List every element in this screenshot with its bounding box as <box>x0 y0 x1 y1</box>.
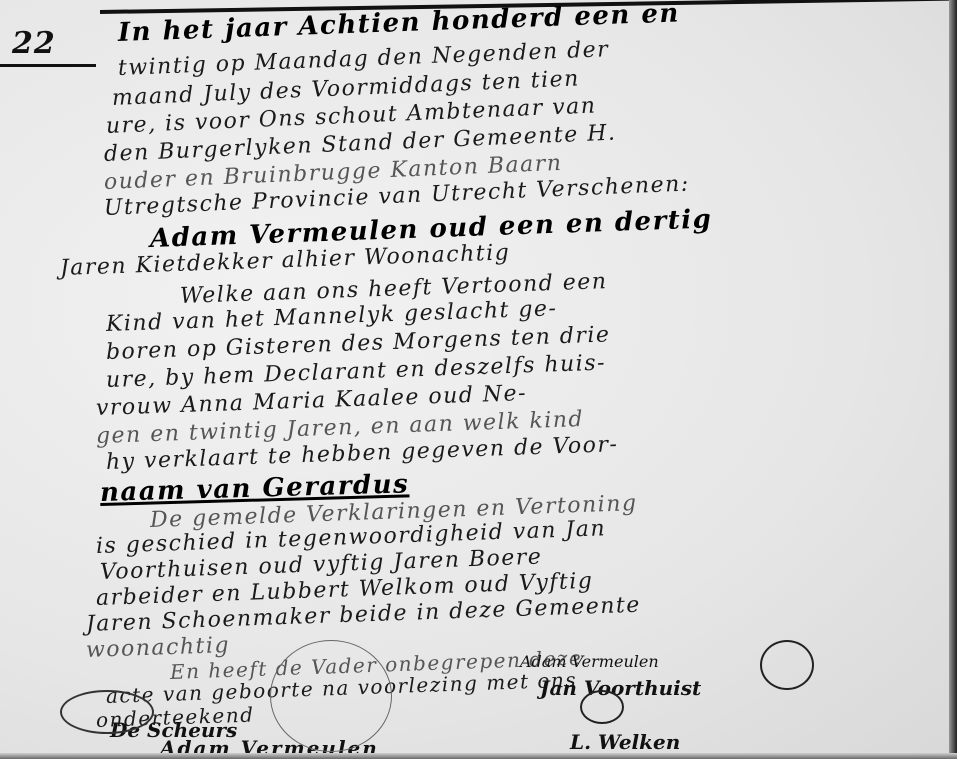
page-edge-right <box>949 0 957 759</box>
signature-witness: Jan Voorthuist <box>540 676 701 700</box>
signature-right-note: Adam Vermeulen <box>520 652 659 671</box>
signature-flourish-right <box>760 640 814 690</box>
record-number: 22 <box>12 26 56 61</box>
record-number-rule <box>0 64 96 67</box>
signature-right-bottom: L. Welken <box>570 730 680 754</box>
signature-flourish-loop <box>270 640 392 752</box>
signature-flourish-left <box>60 690 154 734</box>
register-page: 22 In het jaar Achtien honderd een en tw… <box>0 0 957 759</box>
signature-flourish-mid <box>580 690 624 724</box>
page-edge-bottom <box>0 753 957 759</box>
